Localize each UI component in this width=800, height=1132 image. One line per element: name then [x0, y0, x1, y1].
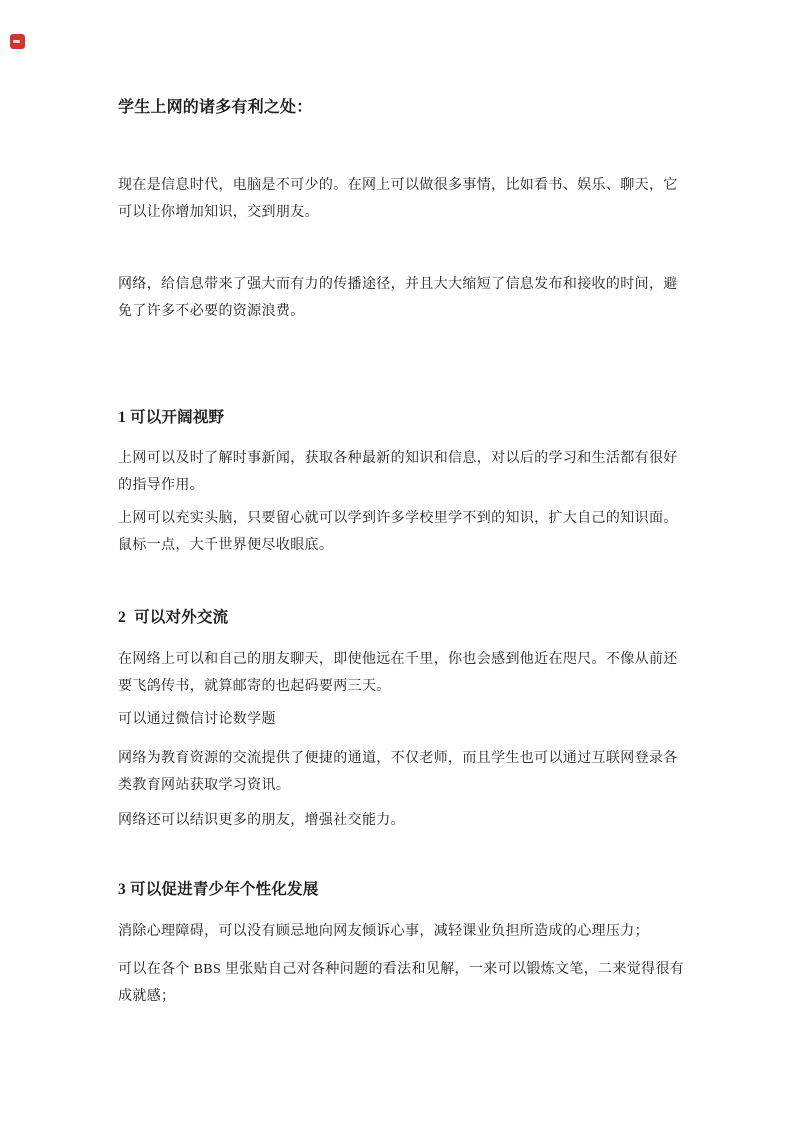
- text-line: 消除心理障碍，可以没有顾忌地向网友倾诉心事，减轻课业负担所造成的心理压力；: [118, 918, 718, 945]
- paragraph-section1-b: 上网可以充实头脑，只要留心就可以学到许多学校里学不到的知识，扩大自己的知识面。 …: [118, 505, 718, 559]
- paragraph-section1-a: 上网可以及时了解时事新闻，获取各种最新的知识和信息，对以后的学习和生活都有很好 …: [118, 445, 718, 499]
- text-line: 可以通过微信讨论数学题: [118, 706, 718, 733]
- text-line: 在网络上可以和自己的朋友聊天，即使他远在千里，你也会感到他近在咫尺。不像从前还: [118, 646, 718, 673]
- section-heading-1: 1 可以开阔视野: [118, 407, 718, 429]
- text-line: 免了许多不必要的资源浪费。: [118, 298, 718, 325]
- text-line: 网络为教育资源的交流提供了便捷的通道，不仅老师，而且学生也可以通过互联网登录各: [118, 745, 718, 772]
- paragraph-section3-a: 消除心理障碍，可以没有顾忌地向网友倾诉心事，减轻课业负担所造成的心理压力；: [118, 918, 718, 945]
- text-line: 现在是信息时代，电脑是不可少的。在网上可以做很多事情，比如看书、娱乐、聊天，它: [118, 172, 718, 199]
- section-heading-2: 2 可以对外交流: [118, 607, 718, 629]
- paragraph-section3-b: 可以在各个 BBS 里张贴自己对各种问题的看法和见解，一来可以锻炼文笔，二来觉得…: [118, 956, 718, 1010]
- document-title: 学生上网的诸多有利之处：: [118, 97, 718, 119]
- section-heading-3: 3 可以促进青少年个性化发展: [118, 879, 718, 901]
- red-square-icon: [10, 34, 25, 49]
- text-line: 的指导作用。: [118, 472, 718, 499]
- text-line: 网络，给信息带来了强大而有力的传播途径，并且大大缩短了信息发布和接收的时间，避: [118, 271, 718, 298]
- text-line: 鼠标一点，大千世界便尽收眼底。: [118, 532, 718, 559]
- heading-text: 2 可以对外交流: [118, 607, 718, 629]
- paragraph-section2-d: 网络还可以结识更多的朋友，增强社交能力。: [118, 807, 718, 834]
- text-line: 可以在各个 BBS 里张贴自己对各种问题的看法和见解，一来可以锻炼文笔，二来觉得…: [118, 956, 718, 983]
- paragraph-intro-2: 网络，给信息带来了强大而有力的传播途径，并且大大缩短了信息发布和接收的时间，避 …: [118, 271, 718, 325]
- title-text: 学生上网的诸多有利之处：: [118, 97, 718, 119]
- document-page: 学生上网的诸多有利之处： 现在是信息时代，电脑是不可少的。在网上可以做很多事情，…: [0, 0, 800, 1132]
- text-line: 上网可以及时了解时事新闻，获取各种最新的知识和信息，对以后的学习和生活都有很好: [118, 445, 718, 472]
- heading-text: 3 可以促进青少年个性化发展: [118, 879, 718, 901]
- paragraph-intro-1: 现在是信息时代，电脑是不可少的。在网上可以做很多事情，比如看书、娱乐、聊天，它 …: [118, 172, 718, 226]
- heading-text: 1 可以开阔视野: [118, 407, 718, 429]
- text-line: 上网可以充实头脑，只要留心就可以学到许多学校里学不到的知识，扩大自己的知识面。: [118, 505, 718, 532]
- paragraph-section2-a: 在网络上可以和自己的朋友聊天，即使他远在千里，你也会感到他近在咫尺。不像从前还 …: [118, 646, 718, 700]
- text-line: 要飞鸽传书，就算邮寄的也起码要两三天。: [118, 673, 718, 700]
- text-line: 类教育网站获取学习资讯。: [118, 772, 718, 799]
- paragraph-section2-c: 网络为教育资源的交流提供了便捷的通道，不仅老师，而且学生也可以通过互联网登录各 …: [118, 745, 718, 799]
- text-line: 网络还可以结识更多的朋友，增强社交能力。: [118, 807, 718, 834]
- text-line: 可以让你增加知识，交到朋友。: [118, 199, 718, 226]
- paragraph-section2-b: 可以通过微信讨论数学题: [118, 706, 718, 733]
- text-line: 成就感；: [118, 983, 718, 1010]
